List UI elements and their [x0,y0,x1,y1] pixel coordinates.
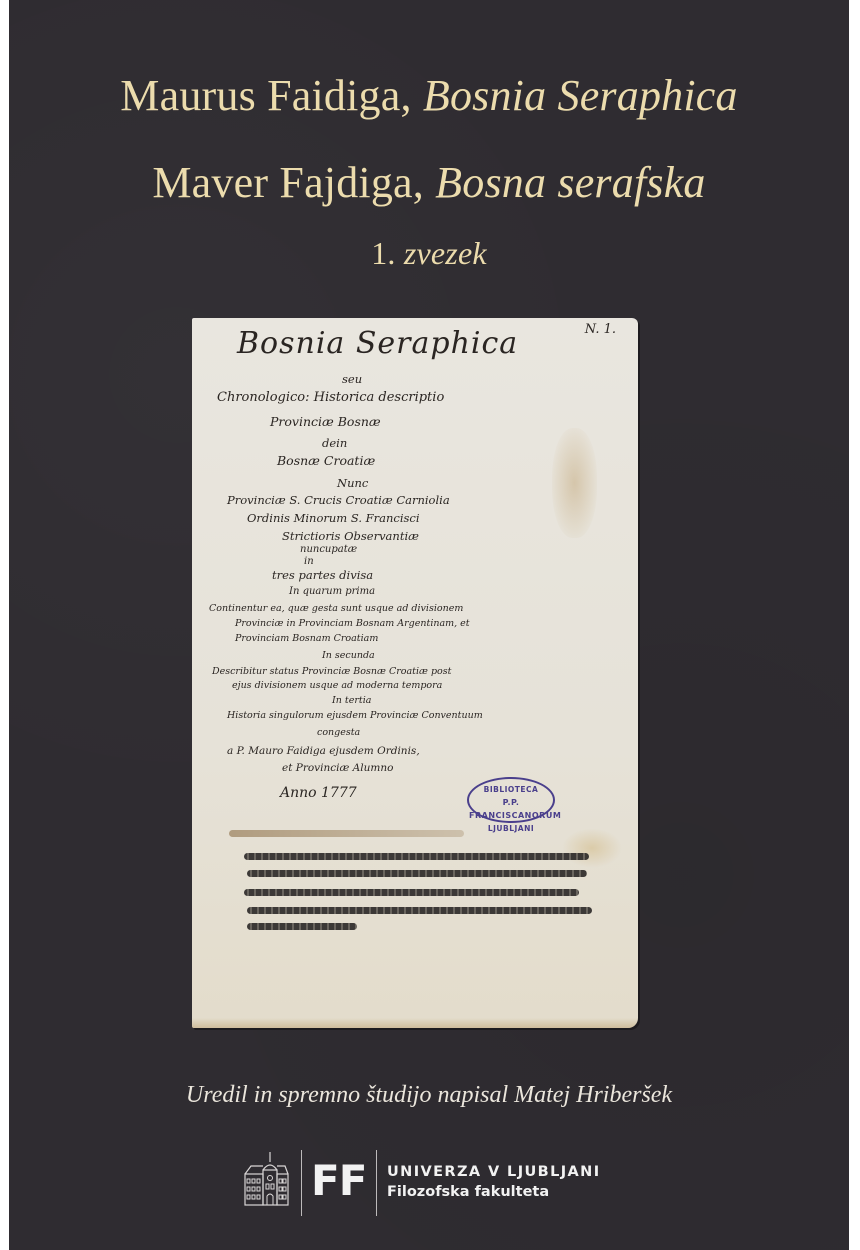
manuscript-line: Describitur status Provinciæ Bosnæ Croat… [212,666,451,677]
manuscript-date: Anno 1777 [280,785,357,801]
title-slovene-author: Maver Fajdiga, [152,158,435,207]
title-slovene: Maver Fajdiga, Bosna serafska [9,157,849,208]
faculty-name: Filozofska fakulteta [387,1184,549,1200]
title-latin: Maurus Faidiga, Bosnia Seraphica [9,70,849,121]
manuscript-title: Bosnia Seraphica [237,326,518,361]
publisher-logo: FF UNIVERZA V LJUBLJANI Filozofska fakul… [243,1150,623,1216]
title-slovene-work: Bosna serafska [435,158,705,207]
manuscript-line: nuncupatæ [300,544,357,555]
manuscript-line: et Provinciæ Alumno [282,762,393,774]
manuscript-line: Nunc [337,476,368,490]
scribbled-out-text [247,870,587,877]
manuscript-line: in [304,556,314,567]
manuscript-line: Bosnæ Croatiæ [277,453,375,468]
scribbled-out-text [247,907,592,914]
scribbled-out-text [244,889,579,896]
logo-divider [301,1150,302,1216]
title-latin-author: Maurus Faidiga, [120,71,423,120]
manuscript-line: Historia singulorum ejusdem Provinciæ Co… [227,710,483,721]
manuscript-line: tres partes divisa [272,568,373,582]
paper-edge [192,1018,638,1028]
university-name: UNIVERZA V LJUBLJANI [387,1164,601,1180]
manuscript-line: In tertia [332,695,371,706]
manuscript-line: Provinciam Bosnam Croatiam [235,633,378,644]
book-cover: Maurus Faidiga, Bosnia Seraphica Maver F… [9,0,849,1250]
manuscript-line: In quarum prima [289,586,375,597]
title-latin-work: Bosnia Seraphica [423,71,738,120]
manuscript-line: Strictioris Observantiæ [282,529,419,543]
faculty-monogram: FF [311,1156,366,1205]
manuscript-line: a P. Mauro Faidiga ejusdem Ordinis, [227,745,420,757]
volume-number: 1. [371,235,404,271]
manuscript-page-image: N. 1. Bosnia Seraphica seu Chronologico:… [192,318,638,1028]
manuscript-line: Chronologico: Historica descriptio [217,390,444,405]
volume-word: zvezek [404,235,487,271]
stamp-line-3: LJUBLJANI [469,822,553,835]
building-icon [243,1152,289,1207]
faded-heading-strikethrough [229,830,464,837]
manuscript-line: seu [342,372,362,386]
manuscript-line: Provinciæ S. Crucis Croatiæ Carniolia [227,493,450,507]
manuscript-line: Continentur ea, quæ gesta sunt usque ad … [209,603,463,614]
manuscript-line: dein [322,436,347,450]
manuscript-line: Ordinis Minorum S. Francisci [247,511,420,525]
scribbled-out-text [244,853,589,860]
volume-label: 1. zvezek [9,235,849,272]
stamp-line-1: BIBLIOTECA [469,783,553,796]
manuscript-line: Provinciæ in Provinciam Bosnam Argentina… [235,618,470,629]
logo-divider [376,1150,377,1216]
editor-credit: Uredil in spremno študijo napisal Matej … [9,1082,849,1109]
manuscript-line: In secunda [322,650,375,661]
paper-stain [562,828,622,868]
library-stamp: BIBLIOTECA P.P. FRANCISCANORUM LJUBLJANI [467,777,555,823]
manuscript-line: Provinciæ Bosnæ [270,414,381,429]
manuscript-line: congesta [317,727,360,738]
manuscript-line: ejus divisionem usque ad moderna tempora [232,680,442,691]
scribbled-out-text [247,923,357,930]
manuscript-page-number: N. 1. [585,322,616,337]
stamp-line-2: P.P. FRANCISCANORUM [469,796,553,822]
paper-stain [552,428,597,538]
